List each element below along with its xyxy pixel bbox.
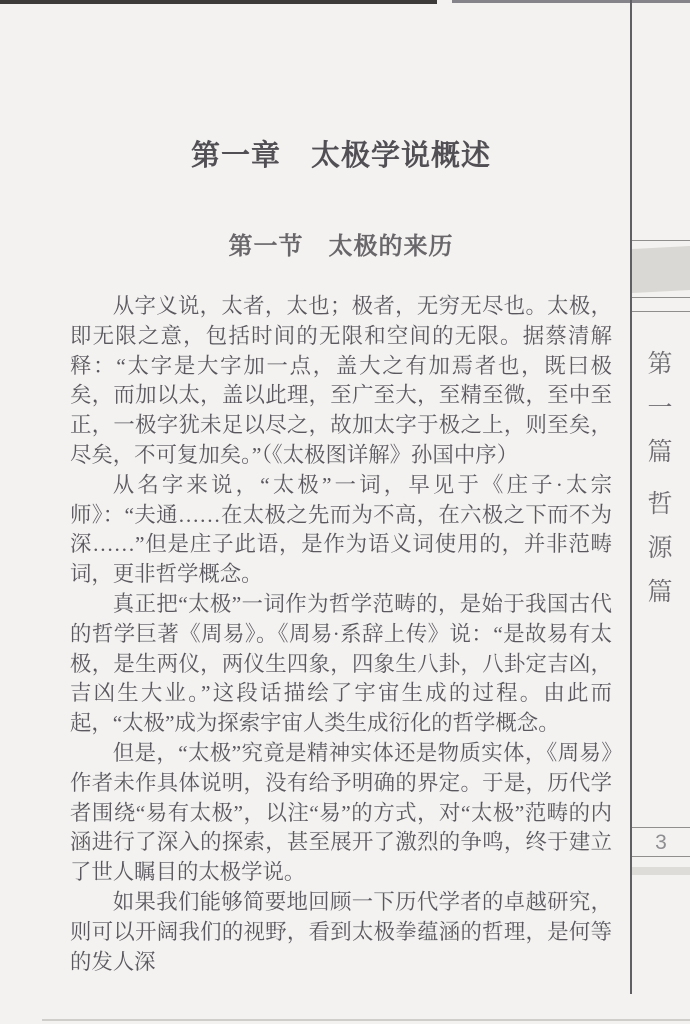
body-paragraph-3: 真正把“太极”一词作为哲学范畴的，是始于我国古代的哲学巨著《周易》。《周易·系辞… (70, 590, 612, 739)
body-text-block: 从字义说，太者，太也；极者，无穷无尽也。太极，即无限之意，包括时间的无限和空间的… (70, 292, 612, 977)
sidebar-gray-band (632, 246, 690, 293)
body-paragraph-1: 从字义说，太者，太也；极者，无穷无尽也。太极，即无限之意，包括时间的无限和空间的… (70, 292, 612, 471)
page-number-rule-bottom (632, 856, 690, 857)
scan-edge-top-right (452, 0, 690, 3)
body-paragraph-5: 如果我们能够简要地回顾一下历代学者的卓越研究，则可以开阔我们的视野，看到太极拳蕴… (70, 888, 612, 977)
part-title-line-1: 第一篇 (644, 350, 671, 482)
book-page: 第一章 太极学说概述 第一节 太极的来历 从字义说，太者，太也；极者，无穷无尽也… (0, 0, 690, 1024)
sidebar-rule-mid-1 (632, 297, 690, 298)
sidebar-gray-band-bottom (632, 867, 690, 875)
body-paragraph-4: 但是，“太极”究竟是精神实体还是物质实体，《周易》作者未作具体说明，没有给予明确… (70, 739, 612, 888)
page-number: 3 (632, 831, 690, 855)
sidebar-rule-mid-2 (632, 311, 690, 312)
scan-edge-bottom (42, 1019, 690, 1021)
body-paragraph-2: 从名字来说，“太极”一词，早见于《庄子·太宗师》：“夫通……在太极之先而为不高，… (70, 471, 612, 590)
part-title-vertical: 第一篇哲源篇 (645, 350, 670, 622)
page-number-rule-top (632, 827, 690, 828)
scan-edge-top-left (0, 0, 437, 4)
part-title-line-2: 哲源篇 (644, 490, 671, 622)
chapter-title: 第一章 太极学说概述 (70, 133, 612, 174)
part-title-gap (657, 482, 658, 490)
sidebar-rule-top (632, 240, 690, 241)
section-title: 第一节 太极的来历 (70, 226, 612, 261)
